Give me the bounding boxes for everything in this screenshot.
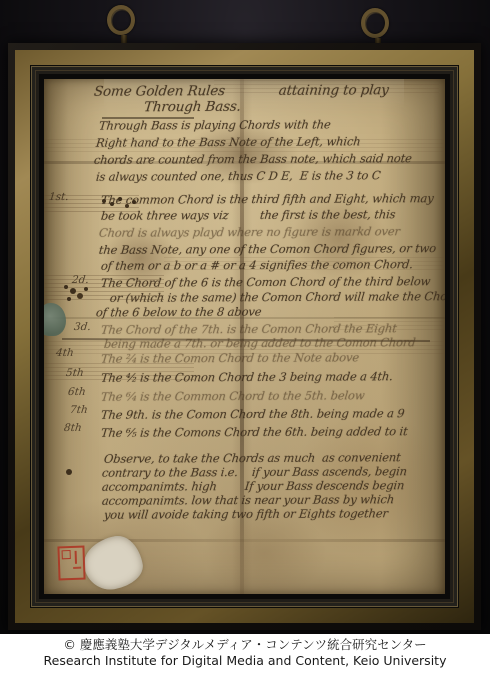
manuscript-line: being made a 7th. or being added to the … (103, 336, 416, 351)
manuscript-line: is always counted one, thus C D E, E is … (95, 169, 381, 183)
artwork-photo: Some Golden Rules attaining to play Thro… (0, 0, 490, 634)
rule-number: 7th (69, 404, 88, 416)
manuscript-page: Some Golden Rules attaining to play Thro… (44, 79, 445, 594)
manuscript-line: The 9th. is the Comon Chord the 8th. bei… (100, 407, 405, 422)
caption-copyright-ja: © 慶應義塾大学デジタルメディア・コンテンツ統合研究センター (0, 634, 490, 653)
paper-damage-spot (44, 303, 66, 336)
seal-mark (62, 550, 71, 559)
manuscript-line: of them or a b or a # or a 4 signifies t… (100, 258, 413, 273)
manuscript-title-line: Some Golden Rules attaining to play (93, 84, 389, 99)
rule-number: 3d. (73, 321, 91, 333)
manuscript-title-line: Through Bass. (143, 101, 241, 115)
manuscript-line: be took three ways viz the first is the … (100, 208, 396, 223)
manuscript-line: The ⁴⁄₂ is the Comon Chord the 3 being m… (100, 370, 393, 385)
paper-damage-patch (80, 532, 146, 593)
hanging-ring-right (361, 8, 389, 38)
manuscript-line: The ⁶⁄₅ is the Comons Chord the 6th. bei… (100, 425, 408, 440)
manuscript-line: The ⁶⁄₄ is the Common Chord to the 5th. … (100, 389, 365, 403)
rule-number: 5th (65, 367, 84, 379)
seal-mark (75, 551, 77, 564)
manuscript-line: Chord is always playd where no figure is… (98, 225, 400, 240)
red-collection-seal (57, 546, 85, 581)
rule-number: 4th (55, 347, 74, 359)
manuscript-line: chords are counted from the Bass note, w… (93, 152, 412, 167)
picture-frame: Some Golden Rules attaining to play Thro… (8, 43, 481, 630)
frame-inner-lip: Some Golden Rules attaining to play Thro… (39, 74, 450, 599)
rule-number: 6th (67, 386, 86, 398)
manuscript-line: or (which is the same) the Comon Chord w… (109, 290, 445, 305)
music-note-dots (64, 285, 68, 289)
manuscript-line: the Bass Note, any one of the Comon Chor… (98, 242, 436, 257)
caption-bar: © 慶應義塾大学デジタルメディア・コンテンツ統合研究センター Research … (0, 634, 490, 673)
frame-gilt-molding: Some Golden Rules attaining to play Thro… (15, 50, 474, 623)
seal-mark (73, 567, 81, 569)
hanging-ring-left (107, 5, 135, 35)
rule-number: 1st. (48, 191, 69, 203)
manuscript-line: Right hand to the Bass Note of the Left,… (95, 135, 361, 149)
rule-number: 2d. (71, 274, 89, 286)
manuscript-line: The common Chord is the third fifth and … (100, 192, 434, 207)
manuscript-line: you will avoide taking two fifth or Eigh… (103, 507, 388, 521)
manuscript-line: Through Bass is playing Chords with the (98, 118, 331, 132)
rule-number: 8th (63, 422, 82, 434)
manuscript-line: The ²⁄₄ is the Comon Chord to the Note a… (100, 351, 359, 365)
manuscript-line: of the 6 below to the 8 above (95, 306, 262, 320)
caption-institute-en: Research Institute for Digital Media and… (0, 653, 490, 668)
manuscript-line: The Chord of the 6 is the Comon Chord of… (100, 275, 431, 290)
frame-inner-molding: Some Golden Rules attaining to play Thro… (30, 65, 459, 608)
ink-dot (66, 469, 72, 475)
